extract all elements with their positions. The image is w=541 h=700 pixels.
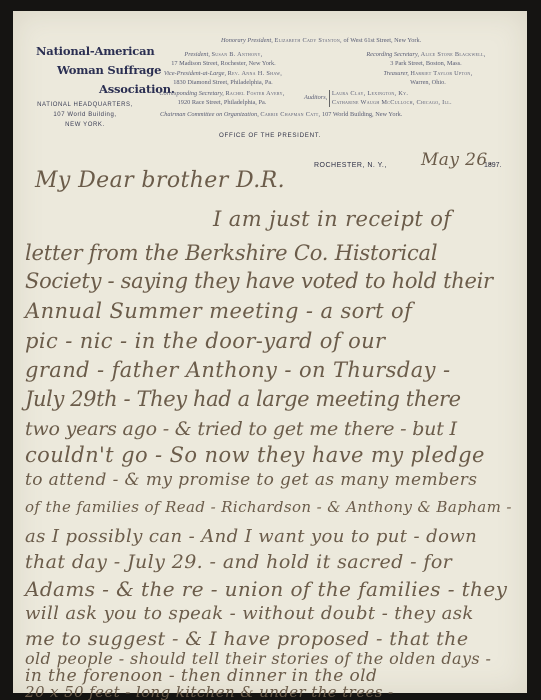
letter-line: to attend - & my promise to get as many …: [25, 470, 477, 490]
letter-line: I am just in receipt of: [213, 207, 451, 231]
headquarters: NATIONAL HEADQUARTERS, 107 World Buildin…: [5, 100, 165, 130]
salutation: My Dear brother D.R.: [35, 168, 285, 193]
office-of-president: OFFICE OF THE PRESIDENT.: [13, 132, 527, 139]
letter-line: grand - father Anthony - on Thursday -: [25, 358, 450, 382]
recording-secretary: Recording Secretary, Alice Stone Blackwe…: [356, 51, 496, 68]
letter-line: Society - saying they have voted to hold…: [25, 269, 493, 293]
letter-line: Annual Summer meeting - a sort of: [25, 299, 412, 323]
dateline-year: 1897.: [484, 162, 502, 169]
letter-line: two years ago - & tried to get me there …: [25, 418, 457, 440]
letter-line: as I possibly can - And I want you to pu…: [25, 526, 477, 547]
letter-line: that day - July 29. - and hold it sacred…: [25, 551, 452, 573]
corresponding-secretary: Corresponding Secretary, Rachel Foster A…: [147, 90, 297, 107]
org-name-line-1: National-American: [36, 44, 155, 58]
org-name-line-2: Woman Suffrage: [57, 63, 161, 77]
letter-line: me to suggest - & I have proposed - that…: [25, 628, 468, 650]
honorary-president: Honorary President, Elizabeth Cady Stant…: [221, 37, 421, 46]
letter-line: July 29th - They had a large meeting the…: [25, 387, 461, 411]
letter-line: couldn't go - So now they have my pledge: [25, 443, 485, 467]
letter-line: of the families of Read - Richardson - &…: [25, 498, 512, 516]
dateline-handwritten-date: May 26.: [421, 150, 493, 170]
letter-page: National-American Woman Suffrage Associa…: [13, 11, 527, 693]
letter-line: 20 x 50 feet - long kitchen & under the …: [25, 683, 394, 700]
letter-line: will ask you to speak - without doubt - …: [25, 603, 474, 624]
hq-line-3: NEW YORK.: [5, 120, 165, 130]
hq-line-1: NATIONAL HEADQUARTERS,: [5, 100, 165, 110]
letter-line: pic - nic - in the door-yard of our: [25, 329, 386, 353]
dateline-place: ROCHESTER, N. Y.,: [314, 162, 387, 169]
vice-president: Vice-President-at-Large, Rev. Anna H. Sh…: [153, 70, 293, 87]
hq-line-2: 107 World Building,: [5, 110, 165, 120]
treasurer: Treasurer, Harriet Taylor Upton, Warren,…: [373, 70, 483, 87]
letter-line: Adams - & the re - union of the families…: [25, 577, 507, 601]
president: President, Susan B. Anthony, 17 Madison …: [156, 51, 291, 68]
auditors: Auditors, Laura Clay, Lexington, Ky. Cat…: [304, 90, 452, 107]
chairman-organization: Chairman Committee on Organization, Carr…: [160, 111, 402, 120]
letter-line: letter from the Berkshire Co. Historical: [25, 241, 437, 265]
